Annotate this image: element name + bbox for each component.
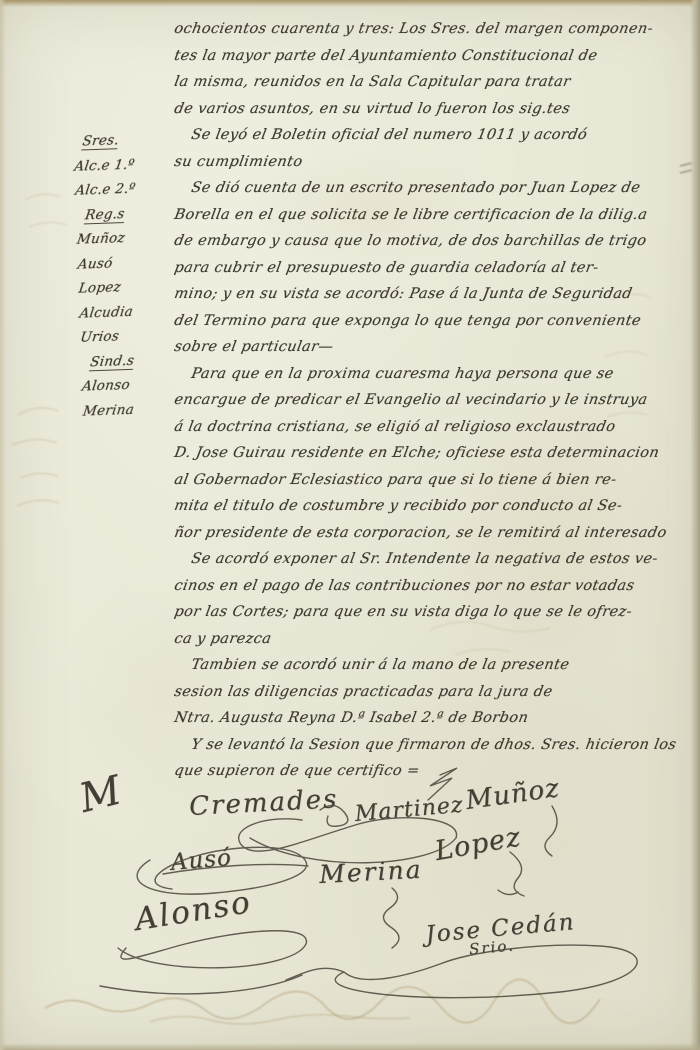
signature-name: Ausó bbox=[170, 845, 233, 876]
signature: Jose CedánSrio. bbox=[425, 909, 578, 962]
manuscript-line: que supieron de que certifico = bbox=[172, 758, 682, 785]
manuscript-line: encargue de predicar el Evangelio al vec… bbox=[172, 387, 682, 414]
signature: Martinez bbox=[354, 793, 465, 827]
munoz-rubric bbox=[545, 806, 557, 856]
margin-entry: Urios bbox=[79, 322, 182, 350]
manuscript-line: para cubrir el presupuesto de guardia ce… bbox=[172, 255, 682, 282]
margin-entry: Alc.e 1.º bbox=[73, 151, 176, 179]
manuscript-line: de varios asuntos, en su virtud lo fuero… bbox=[172, 96, 682, 123]
manuscript-line: sobre el particular— bbox=[172, 334, 682, 361]
margin-entry: Merina bbox=[81, 396, 184, 424]
alonso-flourish bbox=[100, 931, 306, 994]
manuscript-line: Ntra. Augusta Reyna D.ª Isabel 2.ª de Bo… bbox=[172, 705, 682, 732]
merina-rubric bbox=[383, 888, 399, 948]
signature-name: M bbox=[75, 767, 126, 822]
manuscript-line: por las Cortes; para que en su vista dig… bbox=[172, 599, 682, 626]
manuscript-page: Sres.Alc.e 1.ºAlc.e 2.ºReg.sMuñozAusóLop… bbox=[0, 0, 700, 1050]
cremades-flourish bbox=[239, 818, 457, 863]
signature: Cremades bbox=[188, 784, 339, 822]
signature-name: Cremades bbox=[188, 784, 339, 822]
margin-entry: Sind.s bbox=[79, 347, 182, 375]
manuscript-line: á la doctrina cristiana, se eligió al re… bbox=[172, 414, 682, 441]
margin-entry: Alonso bbox=[80, 371, 183, 399]
margin-entry-text: Ausó bbox=[77, 255, 114, 272]
manuscript-line: D. Jose Guirau residente en Elche; ofici… bbox=[172, 440, 682, 467]
signature: Alonso bbox=[132, 884, 254, 938]
manuscript-line: Y se levantó la Sesion que firmaron de d… bbox=[172, 732, 682, 759]
margin-attendee-list: Sres.Alc.e 1.ºAlc.e 2.ºReg.sMuñozAusóLop… bbox=[71, 126, 181, 423]
manuscript-line: Borella en el que solicita se le libre c… bbox=[172, 202, 682, 229]
margin-entry-text: Sind.s bbox=[89, 352, 135, 371]
page-edge-top bbox=[0, 0, 700, 7]
margin-entry-text: Reg.s bbox=[84, 205, 126, 223]
page-edge-bottom bbox=[0, 1043, 700, 1050]
manuscript-line: la misma, reunidos en la Sala Capitular … bbox=[172, 69, 682, 96]
manuscript-line: su cumplimiento bbox=[172, 149, 682, 176]
page-edge-left bbox=[0, 0, 6, 1050]
margin-entry: Reg.s bbox=[74, 200, 177, 228]
manuscript-line: mita el titulo de costumbre y recibido p… bbox=[172, 493, 682, 520]
manuscript-line: Se leyó el Boletin oficial del numero 10… bbox=[172, 122, 682, 149]
manuscript-line: al Gobernador Eclesiastico para que si l… bbox=[172, 467, 682, 494]
margin-entry-text: Urios bbox=[79, 328, 120, 345]
manuscript-line: tes la mayor parte del Ayuntamiento Cons… bbox=[172, 43, 682, 70]
margin-entry-text: Merina bbox=[82, 401, 135, 419]
manuscript-line: del Termino para que exponga lo que teng… bbox=[172, 308, 682, 335]
margin-entry: Sres. bbox=[72, 126, 175, 154]
margin-entry-text: Alcudia bbox=[78, 303, 134, 321]
margin-entry-text: Alc.e 2.º bbox=[74, 181, 136, 199]
manuscript-line: Se acordó exponer al Sr. Intendente la n… bbox=[172, 546, 682, 573]
signature-name: Lopez bbox=[433, 821, 524, 867]
margin-entry-text: Sres. bbox=[81, 132, 120, 150]
manuscript-line: sesion las diligencias practicadas para … bbox=[172, 679, 682, 706]
page-edge-right bbox=[690, 0, 700, 1050]
signature: Lopez bbox=[433, 821, 524, 867]
body-text: ochocientos cuarenta y tres: Los Sres. d… bbox=[172, 16, 677, 785]
manuscript-line: cinos en el pago de las contribuciones p… bbox=[172, 573, 682, 600]
manuscript-line: Se dió cuenta de un escrito presentado p… bbox=[172, 175, 682, 202]
margin-entry-text: Muñoz bbox=[76, 230, 126, 248]
signature-name: Martinez bbox=[354, 793, 465, 827]
manuscript-line: Tambien se acordó unir á la mano de la p… bbox=[172, 652, 682, 679]
margin-entry-text: Alonso bbox=[81, 377, 131, 395]
signature: M bbox=[75, 767, 126, 822]
signature: Ausó bbox=[170, 845, 233, 876]
manuscript-line: ochocientos cuarenta y tres: Los Sres. d… bbox=[172, 16, 682, 43]
manuscript-line: mino; y en su vista se acordó: Pase á la… bbox=[172, 281, 682, 308]
manuscript-line: de embargo y causa que lo motiva, de dos… bbox=[172, 228, 682, 255]
margin-entry: Lopez bbox=[77, 273, 180, 301]
manuscript-line: Para que en la proxima cuaresma haya per… bbox=[172, 361, 682, 388]
signature-name: Alonso bbox=[132, 884, 254, 938]
margin-entry-text: Lopez bbox=[78, 279, 123, 297]
signature: Merina bbox=[318, 855, 423, 889]
margin-entry: Ausó bbox=[76, 249, 179, 277]
signature-name: Merina bbox=[318, 855, 423, 889]
margin-entry: Alc.e 2.º bbox=[73, 175, 176, 203]
margin-entry: Alcudia bbox=[78, 298, 181, 326]
manuscript-line: ñor presidente de esta corporacion, se l… bbox=[172, 520, 682, 547]
manuscript-line: ca y parezca bbox=[172, 626, 682, 653]
margin-entry: Muñoz bbox=[75, 224, 178, 252]
lopez-rubric bbox=[498, 852, 524, 896]
margin-entry-text: Alc.e 1.º bbox=[73, 156, 135, 174]
